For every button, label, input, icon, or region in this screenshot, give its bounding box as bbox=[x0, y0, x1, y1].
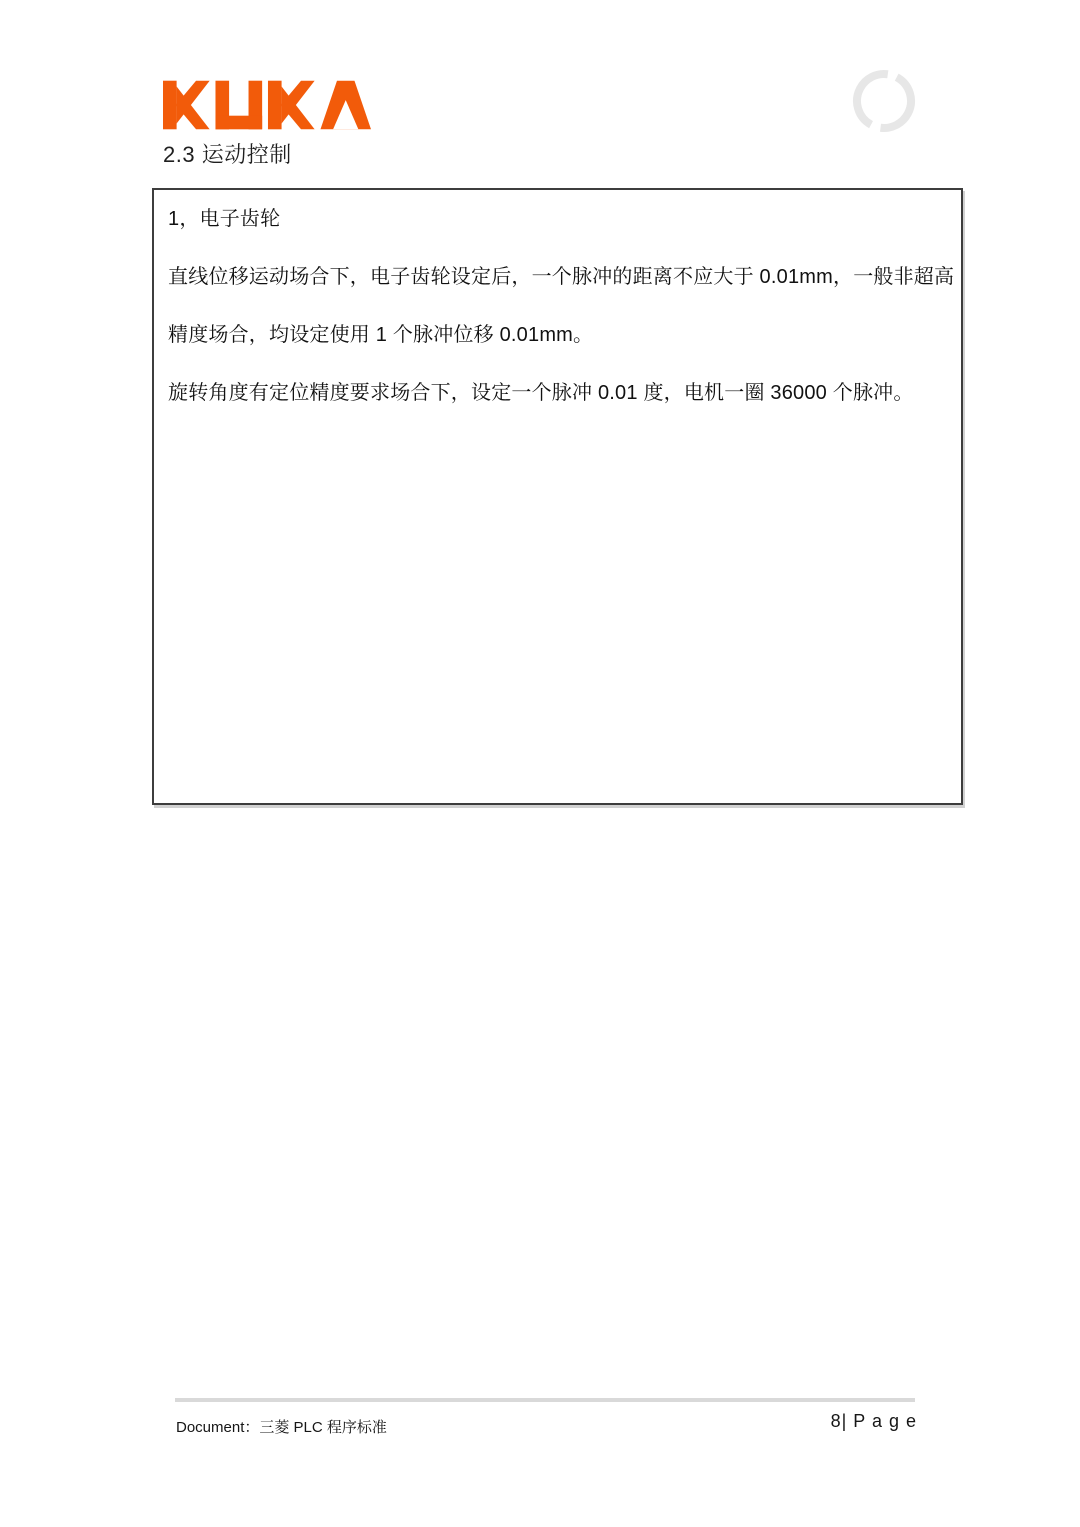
content-line: 1，电子齿轮 bbox=[168, 206, 947, 232]
kuka-logo-icon bbox=[163, 78, 371, 132]
circular-watermark-icon bbox=[851, 68, 917, 134]
section-heading: 2.3 运动控制 bbox=[163, 141, 292, 169]
content-line: 旋转角度有定位精度要求场合下，设定一个脉冲 0.01 度，电机一圈 36000 … bbox=[168, 380, 947, 406]
footer-document-label: Document：三菱 PLC 程序标准 bbox=[176, 1416, 387, 1437]
content-line: 精度场合，均设定使用 1 个脉冲位移 0.01mm。 bbox=[168, 322, 947, 348]
kuka-logo bbox=[163, 78, 371, 132]
content-box: 1，电子齿轮 直线位移运动场合下，电子齿轮设定后，一个脉冲的距离不应大于 0.0… bbox=[152, 188, 963, 805]
footer-divider bbox=[175, 1398, 915, 1402]
content-line: 直线位移运动场合下，电子齿轮设定后，一个脉冲的距离不应大于 0.01mm，一般非… bbox=[168, 264, 947, 290]
document-page: 2.3 运动控制 1，电子齿轮 直线位移运动场合下，电子齿轮设定后，一个脉冲的距… bbox=[0, 0, 1080, 1527]
footer-page-number: 8| P a g e bbox=[831, 1411, 917, 1432]
